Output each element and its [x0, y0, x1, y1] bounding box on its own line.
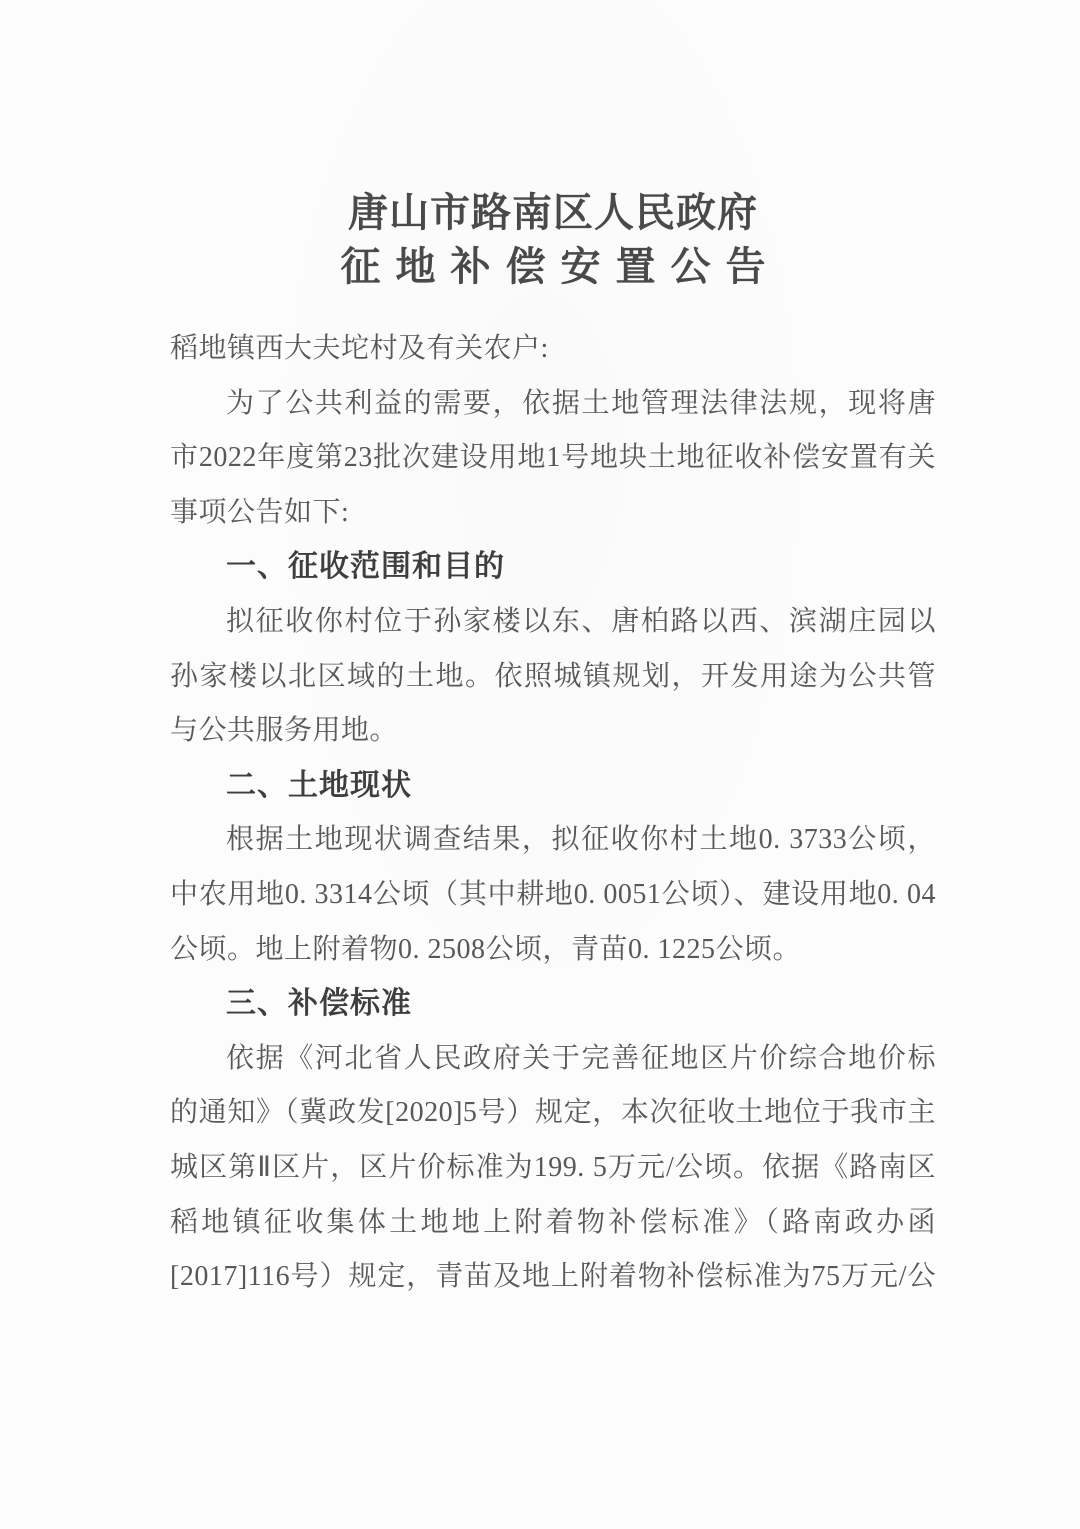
section-2-line-2: 中农用地0. 3314公顷（其中耕地0. 0051公顷）、建设用地0. 0419 — [170, 868, 936, 923]
intro-line-1: 为了公共利益的需要，依据土地管理法律法规，现将唐山 — [170, 377, 936, 432]
issuer-title: 唐山市路南区人民政府 — [170, 186, 936, 240]
announcement-page: 唐山市路南区人民政府 征地补偿安置公告 稻地镇西大夫坨村及有关农户: 为了公共利… — [0, 0, 1080, 1529]
document-title-block: 唐山市路南区人民政府 征地补偿安置公告 — [170, 186, 936, 294]
section-1-heading: 一、征收范围和目的 — [170, 540, 936, 595]
intro-line-2: 市2022年度第23批次建设用地1号地块土地征收补偿安置有关 — [170, 431, 936, 486]
section-3-line-5: [2017]116号）规定，青苗及地上附着物补偿标准为75万元/公 — [170, 1250, 936, 1305]
salutation-line: 稻地镇西大夫坨村及有关农户: — [170, 322, 936, 377]
section-3-line-3: 城区第Ⅱ区片，区片价标准为199. 5万元/公顷。依据《路南区 — [170, 1141, 936, 1196]
section-3-heading: 三、补偿标准 — [170, 977, 936, 1032]
section-3-line-4: 稻地镇征收集体土地地上附着物补偿标准》（路南政办函 — [170, 1196, 936, 1251]
section-3-line-2: 的通知》（冀政发[2020]5号）规定，本次征收土地位于我市主 — [170, 1086, 936, 1141]
section-1-line-1: 拟征收你村位于孙家楼以东、唐柏路以西、滨湖庄园以南、 — [170, 595, 936, 650]
announcement-title: 征地补偿安置公告 — [170, 240, 936, 294]
section-2-line-3: 公顷。地上附着物0. 2508公顷，青苗0. 1225公顷。 — [170, 923, 936, 978]
intro-line-3: 事项公告如下: — [170, 486, 936, 541]
section-3-line-1: 依据《河北省人民政府关于完善征地区片价综合地价标准 — [170, 1032, 936, 1087]
section-2-line-1: 根据土地现状调查结果，拟征收你村土地0. 3733公顷，其 — [170, 813, 936, 868]
section-1-line-2: 孙家楼以北区域的土地。依照城镇规划，开发用途为公共管理 — [170, 650, 936, 705]
document-body: 稻地镇西大夫坨村及有关农户: 为了公共利益的需要，依据土地管理法律法规，现将唐山… — [170, 322, 936, 1305]
section-1-line-3: 与公共服务用地。 — [170, 704, 936, 759]
section-2-heading: 二、土地现状 — [170, 759, 936, 814]
